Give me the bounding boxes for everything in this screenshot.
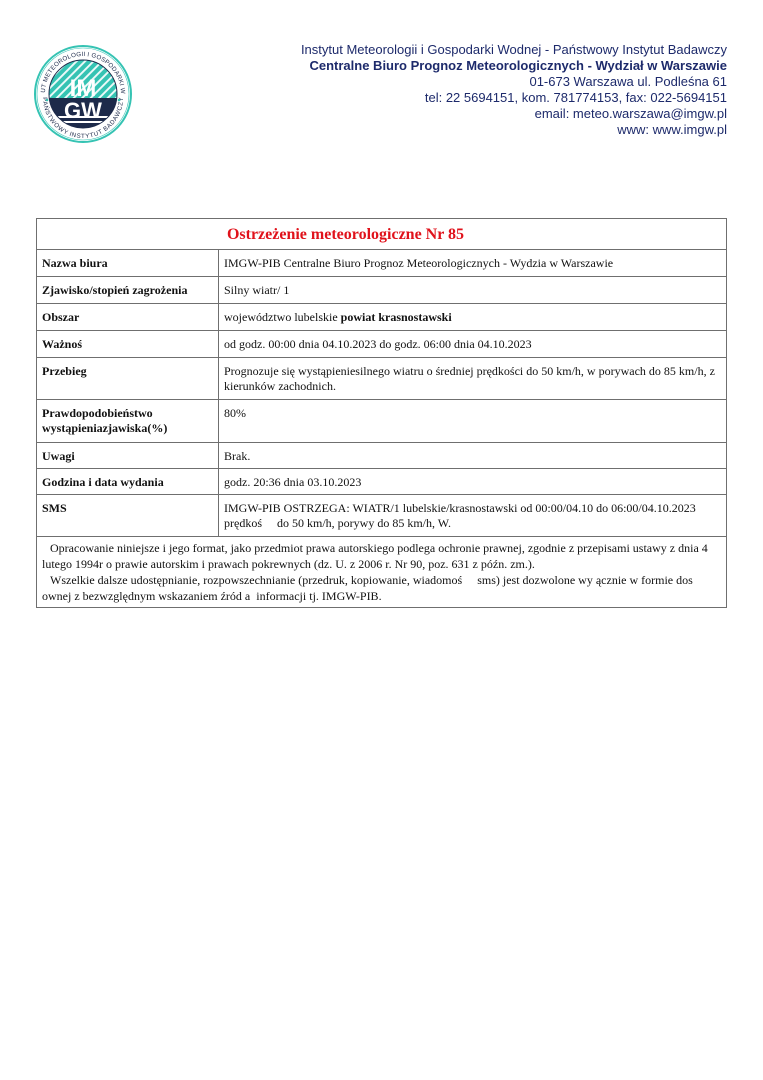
row-label: SMS (37, 495, 219, 537)
warning-title: Ostrzeżenie meteorologiczne Nr 85 (227, 226, 464, 243)
row-label: Przebieg (37, 358, 219, 400)
row-label: Zjawisko/stopień zagrożenia (37, 277, 219, 304)
copyright-notice: Opracowanie niniejsze i jego format, jak… (37, 537, 727, 608)
row-value: od godz. 00:00 dnia 04.10.2023 do godz. … (219, 331, 727, 358)
table-row: Prawdopodobieństwo wystąpieniazjawiska(%… (37, 400, 727, 443)
row-value: godz. 20:36 dnia 03.10.2023 (219, 469, 727, 495)
row-value: Silny wiatr/ 1 (219, 277, 727, 304)
copyright-paragraph: Opracowanie niniejsze i jego format, jak… (42, 540, 721, 572)
table-row: Zjawisko/stopień zagrożenia Silny wiatr/… (37, 277, 727, 304)
imgw-logo-icon: INSTYTUT METEOROLOGII I GOSPODARKI WODNE… (33, 44, 133, 144)
institute-header: Instytut Meteorologii i Gospodarki Wodne… (247, 42, 727, 138)
table-row: SMS IMGW-PIB OSTRZEGA: WIATR/1 lubelskie… (37, 495, 727, 537)
area-voivodeship: województwo lubelskie (224, 310, 341, 324)
distribution-paragraph: Wszelkie dalsze udostępnianie, rozpowsze… (42, 572, 721, 604)
row-value: IMGW-PIB OSTRZEGA: WIATR/1 lubelskie/kra… (219, 495, 727, 537)
footer-row: Opracowanie niniejsze i jego format, jak… (37, 537, 727, 608)
row-value: IMGW-PIB Centralne Biuro Prognoz Meteoro… (219, 250, 727, 277)
website[interactable]: www: www.imgw.pl (247, 122, 727, 138)
row-label: Obszar (37, 304, 219, 331)
row-value: 80% (219, 400, 727, 443)
address: 01-673 Warszawa ul. Podleśna 61 (247, 74, 727, 90)
phone: tel: 22 5694151, kom. 781774153, fax: 02… (247, 90, 727, 106)
warning-table: Ostrzeżenie meteorologiczne Nr 85 Nazwa … (36, 218, 727, 608)
table-row: Przebieg Prognozuje się wystąpieniesilne… (37, 358, 727, 400)
row-value: Prognozuje się wystąpieniesilnego wiatru… (219, 358, 727, 400)
row-label: Ważnoś (37, 331, 219, 358)
row-label: Godzina i data wydania (37, 469, 219, 495)
title-row: Ostrzeżenie meteorologiczne Nr 85 (37, 219, 727, 250)
table-row: Obszar województwo lubelskie powiat kras… (37, 304, 727, 331)
email[interactable]: email: meteo.warszawa@imgw.pl (247, 106, 727, 122)
row-label: Uwagi (37, 443, 219, 469)
row-value: województwo lubelskie powiat krasnostaws… (219, 304, 727, 331)
table-row: Nazwa biura IMGW-PIB Centralne Biuro Pro… (37, 250, 727, 277)
table-row: Godzina i data wydania godz. 20:36 dnia … (37, 469, 727, 495)
institute-name: Instytut Meteorologii i Gospodarki Wodne… (247, 42, 727, 58)
imgw-logo: INSTYTUT METEOROLOGII I GOSPODARKI WODNE… (33, 44, 133, 144)
table-row: Ważnoś od godz. 00:00 dnia 04.10.2023 do… (37, 331, 727, 358)
table-row: Uwagi Brak. (37, 443, 727, 469)
row-label: Prawdopodobieństwo wystąpieniazjawiska(%… (37, 400, 219, 443)
row-value: Brak. (219, 443, 727, 469)
area-county: powiat krasnostawski (341, 310, 452, 324)
department-name: Centralne Biuro Prognoz Meteorologicznyc… (247, 58, 727, 74)
row-label: Nazwa biura (37, 250, 219, 277)
svg-text:GW: GW (64, 98, 102, 123)
